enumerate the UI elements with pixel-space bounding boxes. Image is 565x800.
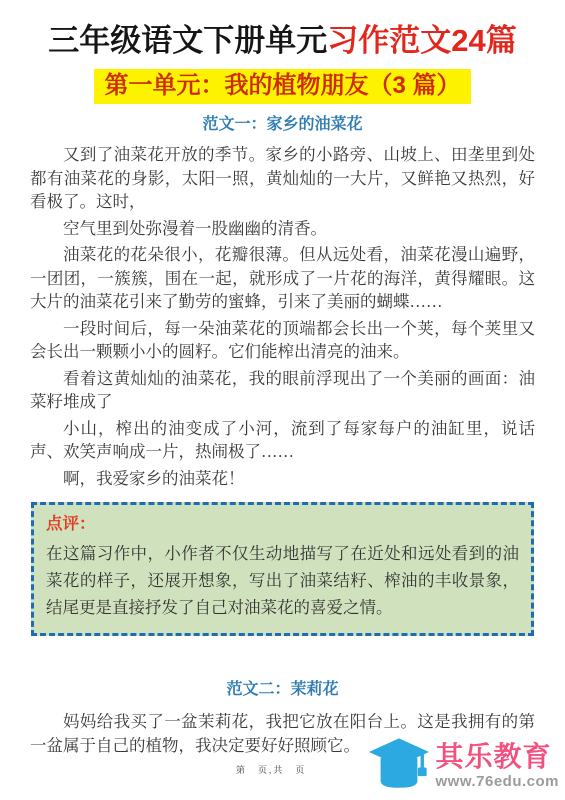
essay2-heading: 范文二：茉莉花 [0,680,565,700]
comment-text: 在这篇习作中，小作者不仅生动地描写了在近处和远处看到的油菜花的样子，还展开想象，… [46,540,519,621]
brand-name: 其乐教育 [436,741,552,773]
essay-paragraph: 一段时间后，每一朵油菜花的顶端都会长出一个荚，每个荚里又会长出一颗颗小小的圆籽。… [30,317,535,364]
page-number-footer: 第 页,共 页 [236,763,306,776]
brand-text: 其乐教育 www.76edu.com [436,741,559,790]
essay1-body: 又到了油菜花开放的季节。家乡的小路旁、山坡上、田垄里到处都有油菜花的身影，太阳一… [30,143,535,490]
page-title-red-part: 习作范文24篇 [327,23,516,58]
teacher-comment-box: 点评： 在这篇习作中，小作者不仅生动地描写了在近处和远处看到的油菜花的样子，还展… [31,502,534,636]
brand-logo: 其乐教育 www.76edu.com [368,737,559,794]
essay-paragraph: 又到了油菜花开放的季节。家乡的小路旁、山坡上、田垄里到处都有油菜花的身影，太阳一… [30,143,535,214]
essay-paragraph: 小山，榨出的油变成了小河，流到了每家每户的油缸里，说话声、欢笑声响成一片，热闹极… [30,417,535,464]
page-title-black-part: 三年级语文下册单元 [48,23,327,58]
page-title: 三年级语文下册单元习作范文24篇 [0,21,565,61]
unit-banner-row: 第一单元：我的植物朋友（3 篇） [0,69,565,104]
essay-paragraph: 空气里到处弥漫着一股幽幽的清香。 [30,217,535,241]
essay-paragraph: 油菜花的花朵很小，花瓣很薄。但从远处看，油菜花漫山遍野，一团团，一簇簇，围在一起… [30,243,535,314]
comment-label: 点评： [46,512,519,536]
graduation-cap-icon [368,737,430,794]
brand-website: www.76edu.com [436,773,559,790]
unit-banner: 第一单元：我的植物朋友（3 篇） [94,69,470,104]
document-page: 三年级语文下册单元习作范文24篇 第一单元：我的植物朋友（3 篇） 范文一：家乡… [0,0,565,800]
essay-paragraph: 啊，我爱家乡的油菜花！ [30,467,535,491]
essay-paragraph: 看着这黄灿灿的油菜花，我的眼前浮现出了一个美丽的画面：油菜籽堆成了 [30,367,535,414]
essay1-heading: 范文一：家乡的油菜花 [0,115,565,135]
